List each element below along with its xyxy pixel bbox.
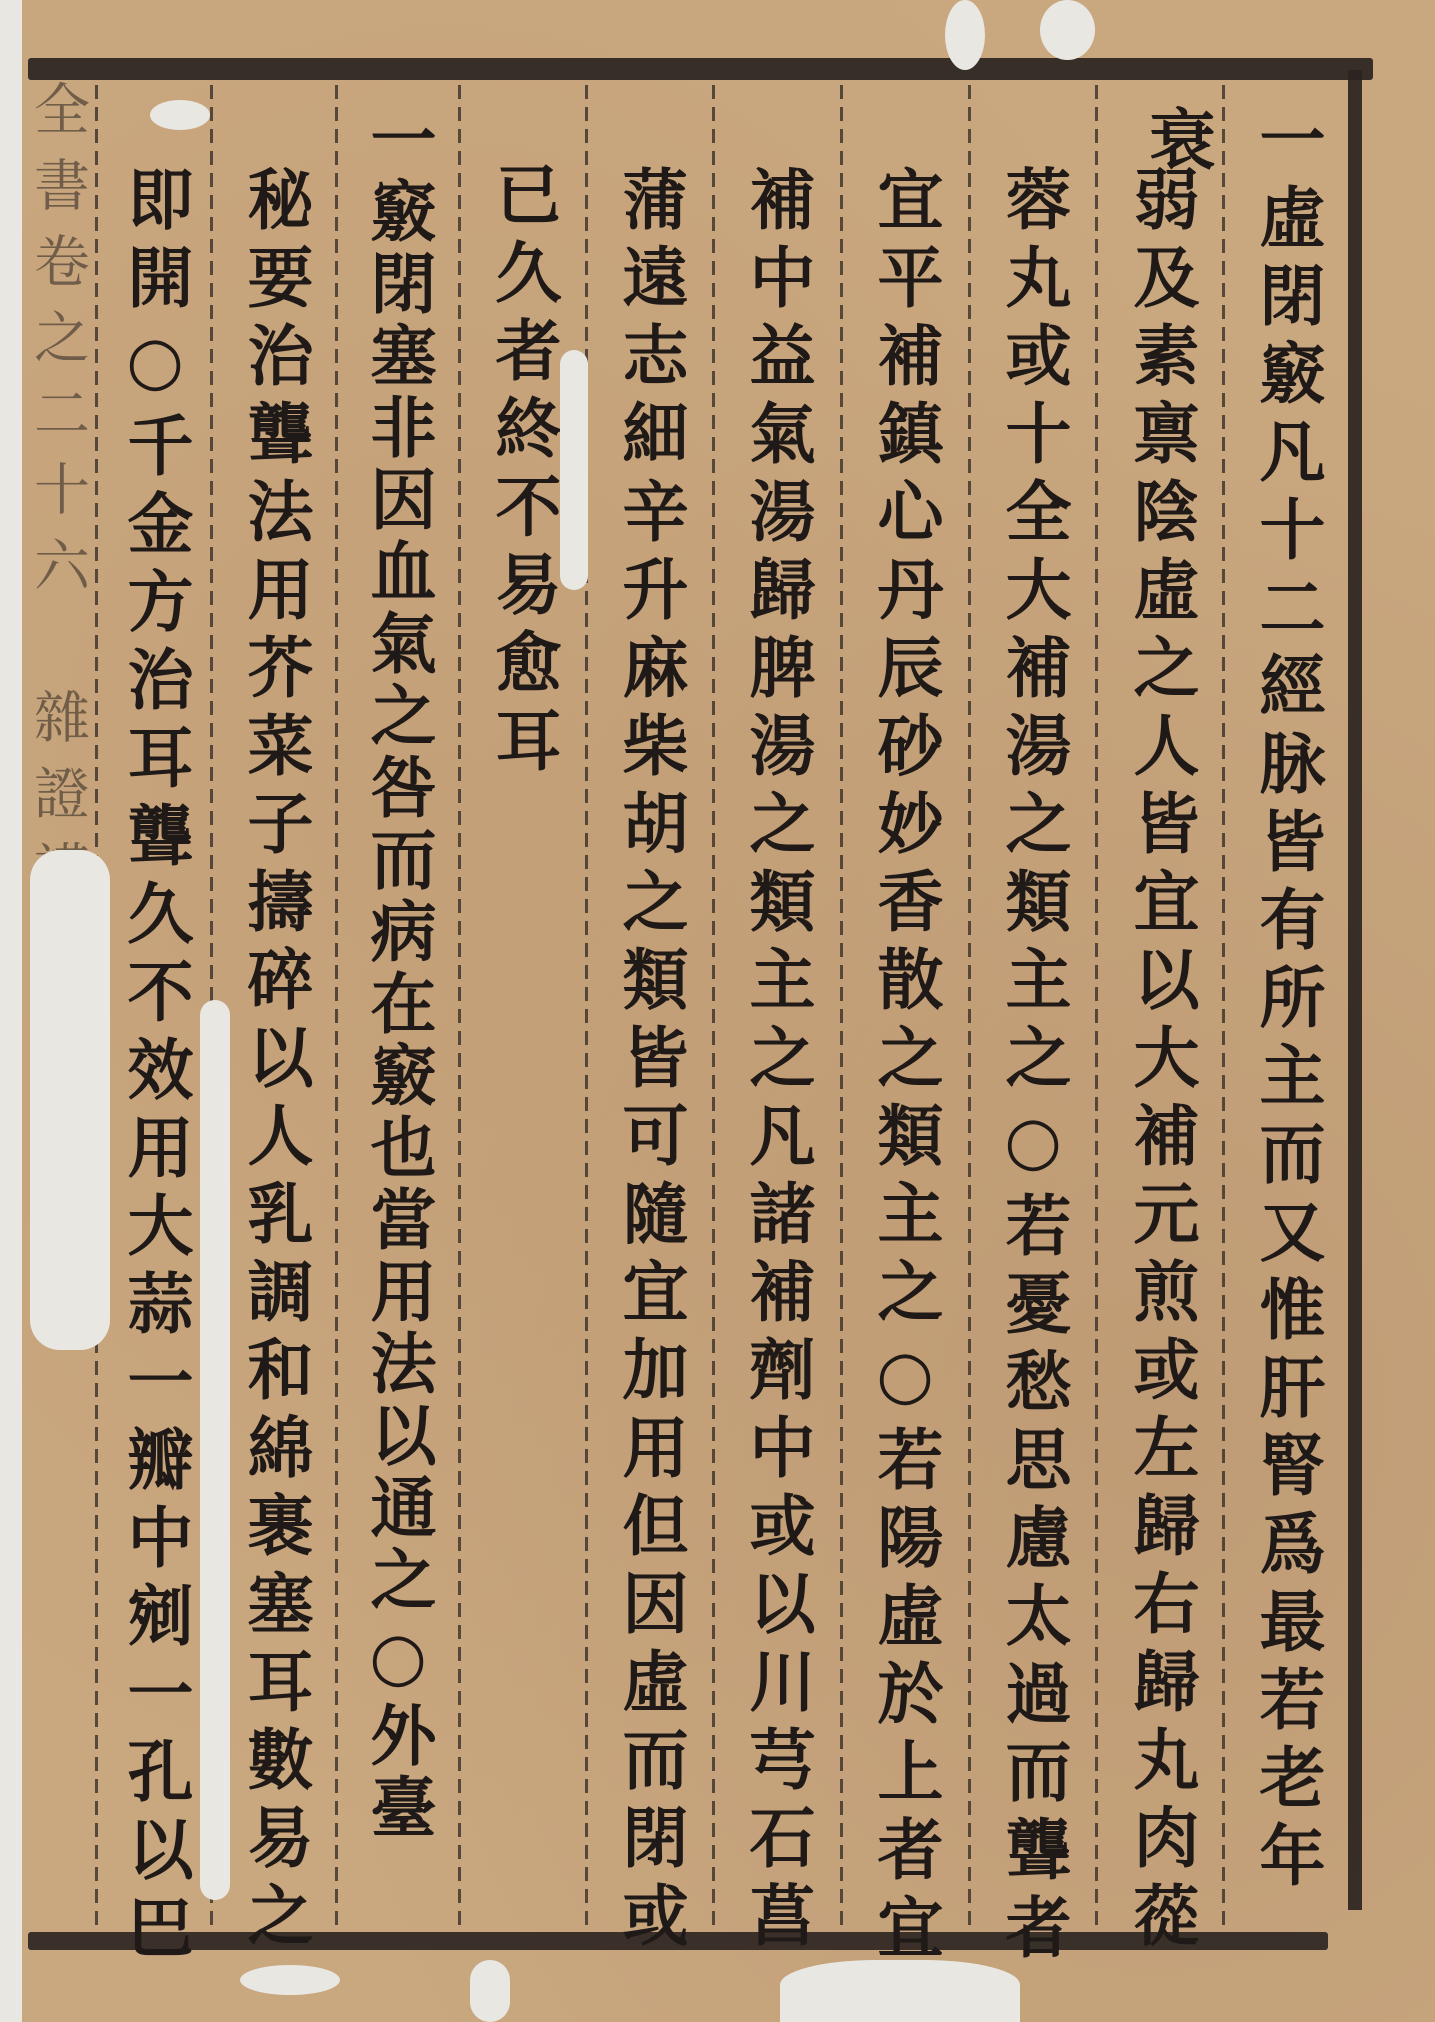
text-column-9: 秘要治聾法用芥菜子擣碎以人乳調和綿裹塞耳數易之: [220, 165, 330, 1995]
column-rule: [1222, 85, 1225, 1933]
paper-damage: [200, 1000, 230, 1900]
column-rule: [712, 85, 715, 1933]
text-column-2: 弱及素禀陰虛之人皆宜以大補元煎或左歸右歸丸肉蓯: [1106, 165, 1216, 1995]
paper-damage: [945, 0, 985, 70]
paper-damage: [1040, 0, 1095, 60]
column-rule: [458, 85, 461, 1933]
text-column-6: 蒲遠志細辛升麻柴胡之類皆可隨宜加用但因虛而閉或: [595, 165, 705, 1995]
text-column-8: 一竅閉塞非因血氣之咎而病在竅也當用法以通之○外臺: [343, 105, 453, 1935]
text-column-10: 即開○千金方治耳聾久不效用大蒜一瓣中剜一孔以巴: [100, 165, 210, 1995]
text-column-3: 蓉丸或十全大補湯之類主之○若憂愁思慮太過而聾者: [978, 165, 1088, 1995]
paper-damage: [780, 1960, 1020, 2022]
column-rule: [335, 85, 338, 1933]
paper-damage: [240, 1965, 340, 1995]
paper-damage: [560, 350, 588, 590]
paper-damage: [150, 100, 210, 130]
frame-right-border: [1348, 70, 1362, 1910]
text-column-5: 補中益氣湯歸脾湯之類主之凡諸補劑中或以川芎石菖: [722, 165, 832, 1995]
column-rule: [840, 85, 843, 1933]
paper-damage: [470, 1960, 510, 2022]
paper-damage: [30, 850, 110, 1350]
text-column-1: 一虛閉竅凡十二經脉皆有所主而又惟肝腎爲最若老年衰: [1232, 105, 1342, 1935]
frame-top-border: [28, 58, 1373, 80]
text-column-4: 宜平補鎮心丹辰砂妙香散之類主之○若陽虛於上者宜: [850, 165, 960, 1995]
column-rule: [968, 85, 971, 1933]
column-rule: [1095, 85, 1098, 1933]
